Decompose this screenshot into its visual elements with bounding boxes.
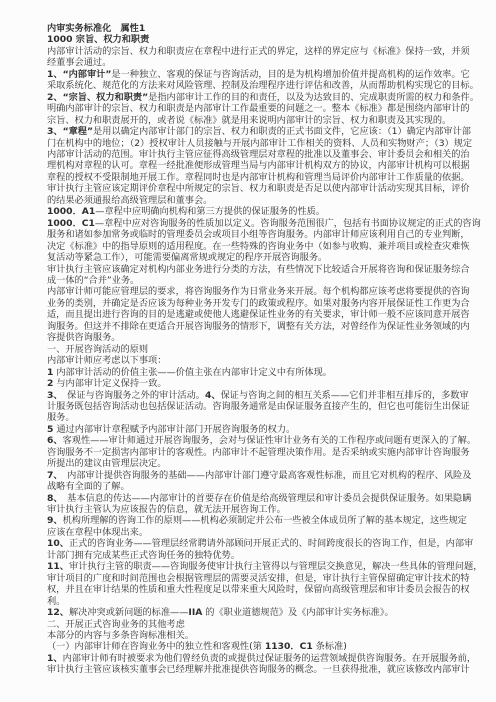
document-line: 9、机构所理解的咨询工作的原则——机构必须制定并公布一些被全体成员所了解的基本规…: [47, 515, 465, 526]
text-segment: 适，而且提出进行咨询的目的是逃避或使他人逃避保证性业务的有关要求，审计师一般不应…: [47, 309, 470, 320]
text-segment: 业务的类别，并确定是否应该为每种业务开发专门的政策或程序。如果对服务内容开展保证…: [47, 298, 470, 309]
text-segment: 二、开展正式咨询业务的其他考虑: [47, 619, 185, 630]
document-line: 11、审计执行主管的职责——咨询服务使审计执行主管得以与管理层交换意见，解决一些…: [47, 561, 465, 572]
text-segment: 计部门拥有完成某些正式咨询任务的独特优势。: [47, 550, 240, 561]
text-segment: 的《职业道德规范》及《内部审计实务标准》。: [202, 607, 393, 618]
document-line: 复活动等紧急工作），可能需要偏离常规或规定的程序开展咨询服务。: [47, 252, 465, 263]
text-segment: 理机构对章程的认可。章程一经批准便形成管理当局与内部审计机构双方的协议，内部审计…: [47, 160, 470, 171]
text-segment: 本部分的内容与多条咨询标准相关。: [47, 630, 194, 641]
document-line: 3、“章程”是用以确定内部审计部门的宗旨、权力和职责的正式书面文件，它应该：（1…: [47, 126, 465, 137]
text-segment: 6、: [47, 435, 63, 446]
text-segment: 8、: [47, 493, 58, 504]
text-segment: 内部审计师可能应管理层的要求，将咨询服务作为日常业务来开展。每个机构都应该考虑将…: [47, 286, 470, 297]
text-segment: 审计执行主管应该定期评价章程中所规定的宗旨、权力和职责是否足以使内部审计活动实现…: [47, 183, 470, 194]
text-segment: 章程的授权不受限制地开展工作。章程同时也是内部审计机构和管理当局评价内部审计工作…: [47, 172, 470, 183]
document-line: 5 通过内部审计章程赋予内部审计部门开展咨询服务的权力。: [47, 424, 465, 435]
document-line: 内部审计活动的范围。审计执行主管应征得高级管理层对章程的批准以及董事会、审计委员…: [47, 149, 465, 160]
document-line: 审计项目的广度和时间范围也会根据管理层的需要灵活安排，但是，审计执行主管保留确定…: [47, 573, 465, 584]
document-line: 采取系统化、规范化的方法来对风险管理、控制及治理程序进行评估和改善，从而帮助机构…: [47, 80, 465, 91]
text-segment: 是指内部审计工作的目的和责任，以及为达致目的、完成职责所需的权力和条件。: [148, 92, 479, 103]
document-line: 审计执行主管应该确定对机构内部业务进行分类的方法，有些情况下比较适合开展将咨询和…: [47, 264, 465, 275]
document-line: 章程的授权不受限制地开展工作。章程同时也是内部审计机构和管理当局评价内部审计工作…: [47, 172, 465, 183]
text-segment: 10、: [47, 538, 69, 549]
text-segment: 利。: [47, 596, 65, 607]
text-segment: 服务和诸如参加常务或临时的管理委员会或项目小组等咨询服务。内部审计师应该利用自己…: [47, 229, 470, 240]
text-segment: 12、: [47, 607, 69, 618]
text-segment: 采取系统化、规范化的方法来对风险管理、控制及治理程序进行评估和改善，从而帮助机构…: [47, 80, 479, 91]
document-line: 的结果必须通报给高级管理层和董事会。: [47, 195, 465, 206]
text-segment: 审计项目的广度和时间范围也会根据管理层的需要灵活安排，但是，审计执行主管保留确定…: [47, 573, 470, 584]
text-segment: 计服务既包括咨询活动也包括保证活动。咨询服务通常是由保证服务直接产生的，但它也可…: [47, 401, 470, 412]
document-line: 一、开展咨询活动的原则: [47, 344, 465, 355]
document-line: 战略有全面的了解。: [47, 481, 465, 492]
text-segment: 内部审计活动的范围。审计执行主管应征得高级管理层对章程的批准以及董事会、审计委员…: [47, 149, 470, 160]
document-body: 内审实务标准化 属性11000 宗旨、权力和职责内部审计活动的宗旨、权力和职责应…: [47, 23, 465, 676]
text-segment: 内部审计活动的宗旨、权力和职责应在章程中进行正式的界定，这样的界定应与《标准》保…: [47, 46, 470, 57]
document-line: 权，并且在审计结果的性质和重大性程度足以带来重大风险时，保留向高级管理层和审计委…: [47, 584, 465, 595]
document-line: 二、开展正式咨询业务的其他考虑: [47, 619, 465, 630]
document-line: 1000．A1—章程中应明确向机构和第三方提供的保证服务的性质。: [47, 206, 465, 217]
document-line: 7、 内部审计提供咨询服务的基础——内部审计部门遵守最高客观性标准，而且它对机构…: [47, 470, 465, 481]
text-segment: 机构所理解的咨询工作的原则——机构必须制定并公布一些被全体成员所了解的基本规定，…: [63, 515, 467, 526]
text-segment: 1、“内部审计”: [47, 69, 111, 80]
document-line: 8、 基本信息的传达——内部审计的首要存在价值是给高级管理层和审计委员会提供保证…: [47, 493, 465, 504]
document-line: 1、“内部审计”是一种独立、客观的保证与咨询活动，目的是为机构增加价值并提高机构…: [47, 69, 465, 80]
text-segment: 内部审计师有时被要求为他们曾经负责的或提供过保证服务的运营领域提供咨询服务。在开…: [63, 653, 476, 664]
text-segment: 应该在章程中体现出来。: [47, 527, 148, 538]
text-segment: 容提供咨询服务。: [47, 332, 121, 343]
document-line: 经董事会通过。: [47, 57, 465, 68]
document-line: 服务和诸如参加常务或临时的管理委员会或项目小组等咨询服务。内部审计师应该利用自己…: [47, 229, 465, 240]
text-segment: 7、: [47, 470, 58, 481]
text-segment: 经董事会通过。: [47, 57, 111, 68]
text-segment: 通过内部审计章程赋予内部审计部门开展咨询服务的权力。: [53, 424, 295, 435]
text-segment: 战略有全面的了解。: [47, 481, 130, 492]
text-segment: 复活动等紧急工作），可能需要偏离常规或规定的程序开展咨询服务。: [47, 252, 327, 263]
text-segment: 1、: [47, 653, 63, 664]
document-line: 1000 宗旨、权力和职责: [47, 34, 465, 45]
document-line: 3、 保证与咨询服务之外的审计活动。4、保证与咨询之间的相互关系——它们并非相互…: [47, 390, 465, 401]
text-segment: 1130．C1: [265, 641, 313, 652]
text-segment: 条标准): [313, 641, 347, 652]
document-line: 询服务。但这并不排除在更适合开展咨询服务的情形下，调整有关方法，对曾经作为保证性…: [47, 321, 465, 332]
text-segment: 咨询服务不一定损害内部审计的客观性。内部审计不起管理决策作用。是否采纳或实施内部…: [47, 447, 470, 458]
document-title: 内审实务标准化 属性1: [47, 23, 465, 34]
text-segment: 客观性——审计师通过开展咨询服务，会对与保证性审计业务有关的工作程序或问题有更深…: [63, 435, 476, 446]
text-segment: 正式的咨询业务——管理层经常聘请外部顾问开展正式的、时间跨度很长的咨询工作，但是…: [69, 538, 473, 549]
text-segment: 9、: [47, 515, 63, 526]
text-segment: 权，并且在审计结果的性质和重大性程度足以带来重大风险时，保留向高级管理层和审计委…: [47, 584, 470, 595]
text-segment: 内部审计提供咨询服务的基础——内部审计部门遵守最高客观性标准，而且它对机构的程序…: [58, 470, 471, 481]
text-segment: 11、: [47, 561, 69, 572]
text-segment: 内部审计师应考虑以下事项：: [47, 355, 166, 366]
document-line: 咨询服务不一定损害内部审计的客观性。内部审计不起管理决策作用。是否采纳或实施内部…: [47, 447, 465, 458]
text-segment: 1000 宗旨、权力和职责: [47, 34, 149, 45]
text-segment: 内部审计活动的价值主张——价值主张在内部审计定义中有所体现。: [53, 367, 332, 378]
text-segment: 是一种独立、客观的保证与咨询活动，目的是为机构增加价值并提高机构的运作效率。它: [111, 69, 469, 80]
document-line: （一）内部审计师在咨询业务中的独立性和客观性(第 1130．C1 条标准): [47, 641, 465, 652]
text-segment: 服务。: [47, 412, 75, 423]
document-line: 应该在章程中体现出来。: [47, 527, 465, 538]
text-segment: 所提出的建议由管理层决定。: [47, 458, 166, 469]
text-segment: 的结果必须通报给高级管理层和董事会。: [47, 195, 212, 206]
document-line: 所提出的建议由管理层决定。: [47, 458, 465, 469]
document-line: 10、正式的咨询业务——管理层经常聘请外部顾问开展正式的、时间跨度很长的咨询工作…: [47, 538, 465, 549]
document-line: 成一体的“合并”业务。: [47, 275, 465, 286]
document-line: 2 与内部审计定义保持一致。: [47, 378, 465, 389]
text-segment: IIA: [188, 607, 202, 618]
document-line: 内部审计师应考虑以下事项：: [47, 355, 465, 366]
document-line: 决定《标准》中的指导原则的适用程度。在一些特殊的咨询业务中（如参与收购、兼并项目…: [47, 241, 465, 252]
text-segment: 审计执行主管应该确定对机构内部业务进行分类的方法，有些情况下比较适合开展将咨询和…: [47, 264, 470, 275]
document-line: 2、“宗旨、权力和职责”是指内部审计工作的目的和责任，以及为达致目的、完成职责所…: [47, 92, 465, 103]
text-segment: 决定《标准》中的指导原则的适用程度。在一些特殊的咨询业务中（如参与收购、兼并项目…: [47, 241, 470, 252]
text-segment: 4、: [205, 390, 221, 401]
document-line: 12、解决冲突或新问题的标准——IIA 的《职业道德规范》及《内部审计实务标准》…: [47, 607, 465, 618]
document-line: 理机构对章程的认可。章程一经批准便形成管理当局与内部审计机构双方的协议，内部审计…: [47, 160, 465, 171]
text-segment: 审计执行主管的职责——咨询服务使审计执行主管得以与管理层交换意见，解决一些具体的…: [69, 561, 482, 572]
text-segment: 询服务。但这并不排除在更适合开展咨询服务的情形下，调整有关方法，对曾经作为保证性…: [47, 321, 470, 332]
text-segment: 宗旨、权力和职责展开的，或者说《标准》就是用来说明内部审计的宗旨、权力和职责及其…: [47, 115, 451, 126]
document-line: 适，而且提出进行咨询的目的是逃避或使他人逃避保证性业务的有关要求，审计师一般不应…: [47, 309, 465, 320]
text-segment: 成一体的“合并”业务。: [47, 275, 139, 286]
document-line: 明确内部审计的宗旨、权力和职责是内部审计工作最重要的问题之一。整本《标准》都是围…: [47, 103, 465, 114]
text-segment: 基本信息的传达——内部审计的首要存在价值是给高级管理层和审计委员会提供保证服务。…: [58, 493, 471, 504]
text-segment: 一、开展咨询活动的原则: [47, 344, 148, 355]
document-line: 利。: [47, 596, 465, 607]
document-line: 容提供咨询服务。: [47, 332, 465, 343]
text-segment: 1000．C1: [47, 218, 95, 229]
text-segment: （一）内部审计师在咨询业务中的独立性和客观性(第: [47, 641, 265, 652]
text-segment: 2、“宗旨、权力和职责”: [47, 92, 148, 103]
document-line: 1、内部审计师有时被要求为他们曾经负责的或提供过保证服务的运营领域提供咨询服务。…: [47, 653, 465, 664]
text-segment: 内审实务标准化 属性1: [47, 23, 145, 34]
document-line: 审计执行主管认为应该报告的信息，就无法开展咨询工作。: [47, 504, 465, 515]
text-segment: 保证与咨询服务之外的审计活动。: [58, 390, 205, 401]
document-line: 业务的类别，并确定是否应该为每种业务开发专门的政策或程序。如果对服务内容开展保证…: [47, 298, 465, 309]
document-line: 审计执行主管应该定期评价章程中所规定的宗旨、权力和职责是否足以使内部审计活动实现…: [47, 183, 465, 194]
document-line: 服务。: [47, 412, 465, 423]
document-line: 宗旨、权力和职责展开的，或者说《标准》就是用来说明内部审计的宗旨、权力和职责及其…: [47, 115, 465, 126]
text-segment: 保证与咨询之间的相互关系——它们并非相互排斥的，多数审: [221, 390, 469, 401]
text-segment: —章程中应对咨询服务的性质加以定义。咨询服务范围很广，包括有书面协议规定的正式的…: [95, 218, 481, 229]
text-segment: 是用以确定内部审计部门的宗旨、权力和职责的正式书面文件，它应该：（1）确定内部审…: [93, 126, 471, 137]
text-segment: 明确内部审计的宗旨、权力和职责是内部审计工作最重要的问题之一。整本《标准》都是围…: [47, 103, 470, 114]
document-line: 内部审计师可能应管理层的要求，将咨询服务作为日常业务来开展。每个机构都应该考虑将…: [47, 286, 465, 297]
text-segment: —章程中应明确向机构和第三方提供的保证服务的性质。: [95, 206, 325, 217]
document-line: 计部门拥有完成某些正式咨询任务的独特优势。: [47, 550, 465, 561]
document-line: 内部审计活动的宗旨、权力和职责应在章程中进行正式的界定，这样的界定应与《标准》保…: [47, 46, 465, 57]
text-segment: 3、“章程”: [47, 126, 93, 137]
document-line: 6、客观性——审计师通过开展咨询服务，会对与保证性审计业务有关的工作程序或问题有…: [47, 435, 465, 446]
document-page: 内审实务标准化 属性11000 宗旨、权力和职责内部审计活动的宗旨、权力和职责应…: [0, 0, 496, 702]
document-line: 审计执行主管应该核实董事会已经理解并批准提供咨询服务的概念。一旦获得批准，就应该…: [47, 664, 465, 675]
document-line: 1 内部审计活动的价值主张——价值主张在内部审计定义中有所体现。: [47, 367, 465, 378]
text-segment: 审计执行主管认为应该报告的信息，就无法开展咨询工作。: [47, 504, 286, 515]
document-line: 1000．C1—章程中应对咨询服务的性质加以定义。咨询服务范围很广，包括有书面协…: [47, 218, 465, 229]
document-line: 门在机构中的地位；（2）授权审计人员接触与开展内部审计工作相关的资料、人员和实物…: [47, 138, 465, 149]
text-segment: 3、: [47, 390, 58, 401]
text-segment: 与内部审计定义保持一致。: [53, 378, 166, 389]
text-segment: 审计执行主管应该核实董事会已经理解并批准提供咨询服务的概念。一旦获得批准，就应该…: [47, 664, 470, 675]
text-segment: 1000．A1: [47, 206, 95, 217]
document-line: 本部分的内容与多条咨询标准相关。: [47, 630, 465, 641]
text-segment: 门在机构中的地位；（2）授权审计人员接触与开展内部审计工作相关的资料、人员和实物…: [47, 138, 472, 149]
text-segment: 解决冲突或新问题的标准——: [69, 607, 188, 618]
document-line: 计服务既包括咨询活动也包括保证活动。咨询服务通常是由保证服务直接产生的，但它也可…: [47, 401, 465, 412]
